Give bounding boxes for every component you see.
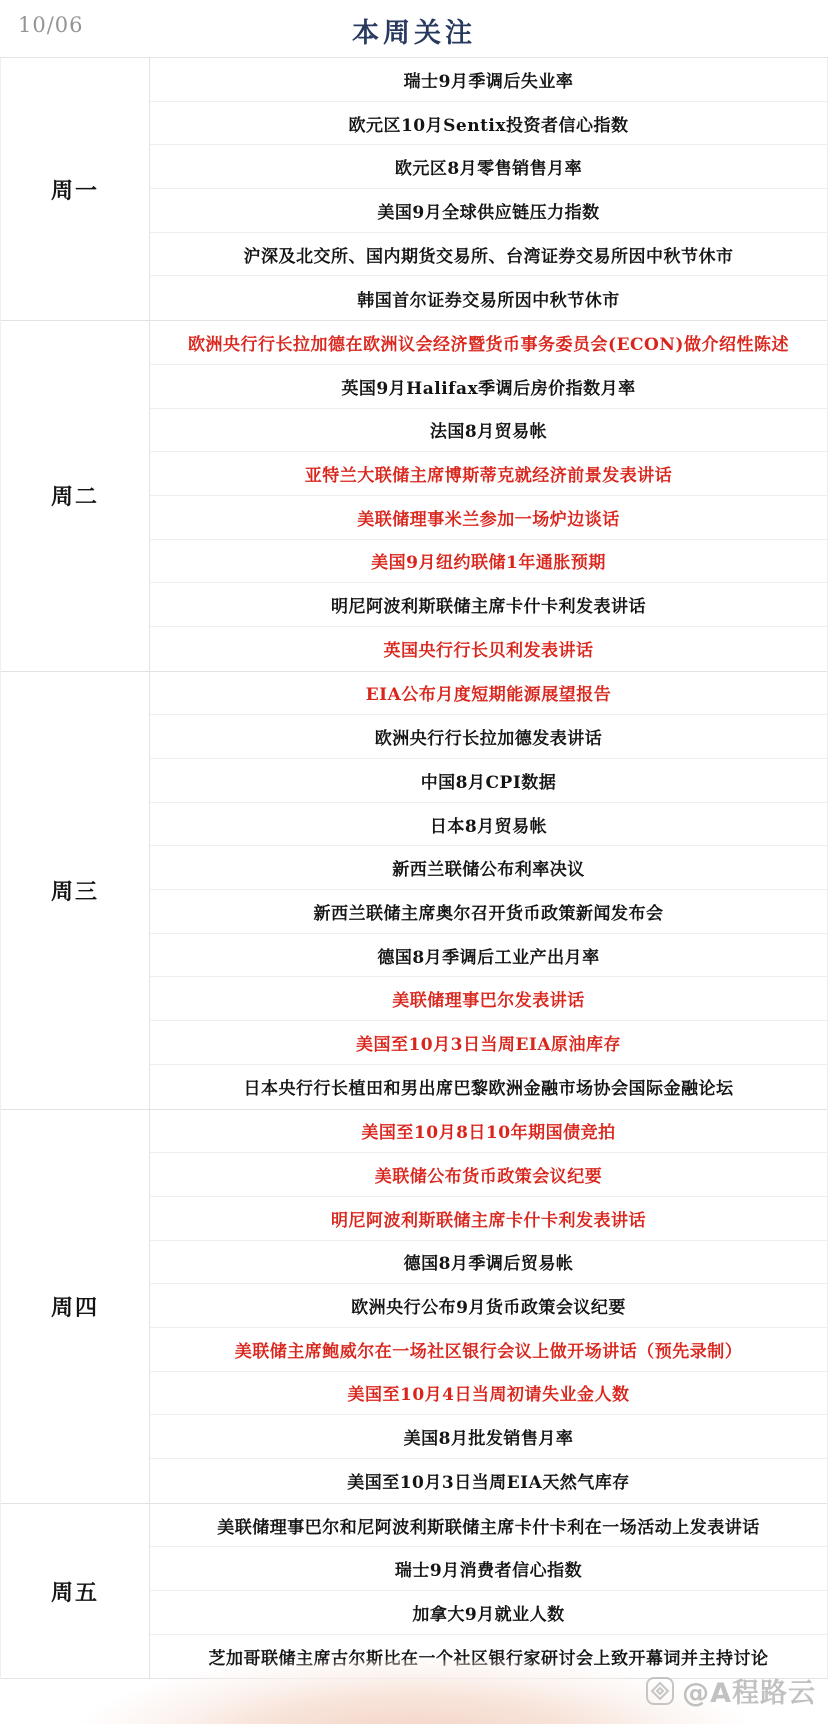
event-row: 德国8月季调后工业产出月率 xyxy=(150,934,827,978)
event-row: 法国8月贸易帐 xyxy=(150,409,827,453)
event-text: 美国至10月3日当周EIA天然气库存 xyxy=(347,1468,630,1493)
watermark: @A程路云 xyxy=(645,1671,816,1710)
card-header: 10/06 本周关注 xyxy=(0,0,828,58)
day-label: 周一 xyxy=(1,58,150,320)
event-text: 欧元区10月Sentix投资者信心指数 xyxy=(348,111,628,136)
day-group-3: 周三EIA公布月度短期能源展望报告欧洲央行行长拉加德发表讲话中国8月CPI数据日… xyxy=(1,672,827,1110)
event-row: 韩国首尔证券交易所因中秋节休市 xyxy=(150,276,827,320)
event-text: 德国8月季调后贸易帐 xyxy=(404,1249,574,1274)
event-row: 英国9月Halifax季调后房价指数月率 xyxy=(150,365,827,409)
event-text: 欧洲央行行长拉加德发表讲话 xyxy=(375,724,603,749)
event-text: 韩国首尔证券交易所因中秋节休市 xyxy=(357,286,620,311)
event-text: 中国8月CPI数据 xyxy=(421,768,557,793)
event-row: 明尼阿波利斯联储主席卡什卡利发表讲话 xyxy=(150,583,827,627)
event-row: 美国9月全球供应链压力指数 xyxy=(150,189,827,233)
day-events: 美联储理事巴尔和尼阿波利斯联储主席卡什卡利在一场活动上发表讲话瑞士9月消费者信心… xyxy=(150,1504,827,1679)
event-row: 美国至10月4日当周初请失业金人数 xyxy=(150,1372,827,1416)
day-group-1: 周一瑞士9月季调后失业率欧元区10月Sentix投资者信心指数欧元区8月零售销售… xyxy=(1,58,827,321)
event-text: 明尼阿波利斯联储主席卡什卡利发表讲话 xyxy=(331,592,646,617)
event-text: 英国央行行长贝利发表讲话 xyxy=(384,636,594,661)
event-text: 芝加哥联储主席古尔斯比在一个社区银行家研讨会上致开幕词并主持讨论 xyxy=(209,1644,769,1669)
day-label: 周五 xyxy=(1,1504,150,1679)
event-text: 德国8月季调后工业产出月率 xyxy=(377,943,599,968)
day-group-4: 周四美国至10月8日10年期国债竞拍美联储公布货币政策会议纪要明尼阿波利斯联储主… xyxy=(1,1110,827,1504)
day-group-2: 周二欧洲央行行长拉加德在欧洲议会经济暨货币事务委员会(ECON)做介绍性陈述英国… xyxy=(1,321,827,672)
event-row: 美国8月批发销售月率 xyxy=(150,1415,827,1459)
event-text: 英国9月Halifax季调后房价指数月率 xyxy=(341,374,635,399)
event-text: 日本央行行长植田和男出席巴黎欧洲金融市场协会国际金融论坛 xyxy=(244,1074,734,1099)
event-row: 美联储公布货币政策会议纪要 xyxy=(150,1153,827,1197)
day-events: 美国至10月8日10年期国债竞拍美联储公布货币政策会议纪要明尼阿波利斯联储主席卡… xyxy=(150,1110,827,1503)
event-text: 美国9月全球供应链压力指数 xyxy=(377,198,599,223)
event-row: 中国8月CPI数据 xyxy=(150,759,827,803)
event-text: 欧洲央行行长拉加德在欧洲议会经济暨货币事务委员会(ECON)做介绍性陈述 xyxy=(188,330,789,355)
day-label: 周四 xyxy=(1,1110,150,1503)
event-row: 加拿大9月就业人数 xyxy=(150,1591,827,1635)
event-row: 沪深及北交所、国内期货交易所、台湾证券交易所因中秋节休市 xyxy=(150,233,827,277)
event-row: 欧元区10月Sentix投资者信心指数 xyxy=(150,102,827,146)
event-text: 美联储公布货币政策会议纪要 xyxy=(375,1162,603,1187)
events-table: 周一瑞士9月季调后失业率欧元区10月Sentix投资者信心指数欧元区8月零售销售… xyxy=(0,58,828,1679)
event-row: 英国央行行长贝利发表讲话 xyxy=(150,627,827,671)
event-row: 欧洲央行行长拉加德在欧洲议会经济暨货币事务委员会(ECON)做介绍性陈述 xyxy=(150,321,827,365)
event-text: 美联储理事米兰参加一场炉边谈话 xyxy=(357,505,620,530)
event-row: 德国8月季调后贸易帐 xyxy=(150,1241,827,1285)
event-text: 明尼阿波利斯联储主席卡什卡利发表讲话 xyxy=(331,1206,646,1231)
event-row: 美联储理事巴尔和尼阿波利斯联储主席卡什卡利在一场活动上发表讲话 xyxy=(150,1504,827,1548)
event-row: 美国至10月3日当周EIA天然气库存 xyxy=(150,1459,827,1503)
day-events: 欧洲央行行长拉加德在欧洲议会经济暨货币事务委员会(ECON)做介绍性陈述英国9月… xyxy=(150,321,827,671)
day-label: 周二 xyxy=(1,321,150,671)
watermark-handle: @A程路云 xyxy=(682,1671,816,1710)
event-row: 日本央行行长植田和男出席巴黎欧洲金融市场协会国际金融论坛 xyxy=(150,1065,827,1109)
event-text: 欧洲央行公布9月货币政策会议纪要 xyxy=(351,1293,626,1318)
event-row: 新西兰联储公布利率决议 xyxy=(150,846,827,890)
day-group-5: 周五美联储理事巴尔和尼阿波利斯联储主席卡什卡利在一场活动上发表讲话瑞士9月消费者… xyxy=(1,1504,827,1680)
weekly-focus-card: 10/06 本周关注 周一瑞士9月季调后失业率欧元区10月Sentix投资者信心… xyxy=(0,0,828,1679)
day-events: 瑞士9月季调后失业率欧元区10月Sentix投资者信心指数欧元区8月零售销售月率… xyxy=(150,58,827,320)
event-row: 美联储理事米兰参加一场炉边谈话 xyxy=(150,496,827,540)
event-text: 美联储理事巴尔发表讲话 xyxy=(392,986,585,1011)
event-row: 美国9月纽约联储1年通胀预期 xyxy=(150,540,827,584)
day-label: 周三 xyxy=(1,672,150,1109)
event-text: 美国至10月3日当周EIA原油库存 xyxy=(356,1030,621,1055)
event-text: EIA公布月度短期能源展望报告 xyxy=(366,680,612,705)
event-row: 美联储主席鲍威尔在一场社区银行会议上做开场讲话（预先录制） xyxy=(150,1328,827,1372)
event-row: 美联储理事巴尔发表讲话 xyxy=(150,977,827,1021)
event-text: 美国至10月8日10年期国债竞拍 xyxy=(361,1118,615,1143)
day-events: EIA公布月度短期能源展望报告欧洲央行行长拉加德发表讲话中国8月CPI数据日本8… xyxy=(150,672,827,1109)
event-row: 新西兰联储主席奥尔召开货币政策新闻发布会 xyxy=(150,890,827,934)
event-row: 美国至10月8日10年期国债竞拍 xyxy=(150,1110,827,1154)
event-text: 沪深及北交所、国内期货交易所、台湾证券交易所因中秋节休市 xyxy=(244,242,734,267)
event-text: 瑞士9月消费者信心指数 xyxy=(395,1556,582,1581)
event-text: 瑞士9月季调后失业率 xyxy=(404,67,574,92)
event-row: 瑞士9月消费者信心指数 xyxy=(150,1547,827,1591)
event-row: 亚特兰大联储主席博斯蒂克就经济前景发表讲话 xyxy=(150,452,827,496)
event-text: 新西兰联储主席奥尔召开货币政策新闻发布会 xyxy=(314,899,664,924)
event-row: 日本8月贸易帐 xyxy=(150,803,827,847)
event-row: EIA公布月度短期能源展望报告 xyxy=(150,672,827,716)
event-text: 日本8月贸易帐 xyxy=(430,812,547,837)
event-row: 瑞士9月季调后失业率 xyxy=(150,58,827,102)
event-text: 美联储理事巴尔和尼阿波利斯联储主席卡什卡利在一场活动上发表讲话 xyxy=(217,1513,760,1538)
event-text: 美国9月纽约联储1年通胀预期 xyxy=(371,548,606,573)
event-row: 欧洲央行行长拉加德发表讲话 xyxy=(150,715,827,759)
event-text: 美国8月批发销售月率 xyxy=(404,1424,574,1449)
event-row: 美国至10月3日当周EIA原油库存 xyxy=(150,1021,827,1065)
diamond-logo-icon xyxy=(645,1676,675,1706)
event-text: 新西兰联储公布利率决议 xyxy=(392,855,585,880)
event-text: 美联储主席鲍威尔在一场社区银行会议上做开场讲话（预先录制） xyxy=(235,1337,743,1362)
event-row: 欧洲央行公布9月货币政策会议纪要 xyxy=(150,1284,827,1328)
event-text: 法国8月贸易帐 xyxy=(430,417,547,442)
event-text: 欧元区8月零售销售月率 xyxy=(395,154,582,179)
event-text: 亚特兰大联储主席博斯蒂克就经济前景发表讲话 xyxy=(305,461,673,486)
event-row: 欧元区8月零售销售月率 xyxy=(150,145,827,189)
event-row: 明尼阿波利斯联储主席卡什卡利发表讲话 xyxy=(150,1197,827,1241)
page-title: 本周关注 xyxy=(0,11,828,50)
event-text: 美国至10月4日当周初请失业金人数 xyxy=(348,1380,630,1405)
event-text: 加拿大9月就业人数 xyxy=(412,1600,564,1625)
